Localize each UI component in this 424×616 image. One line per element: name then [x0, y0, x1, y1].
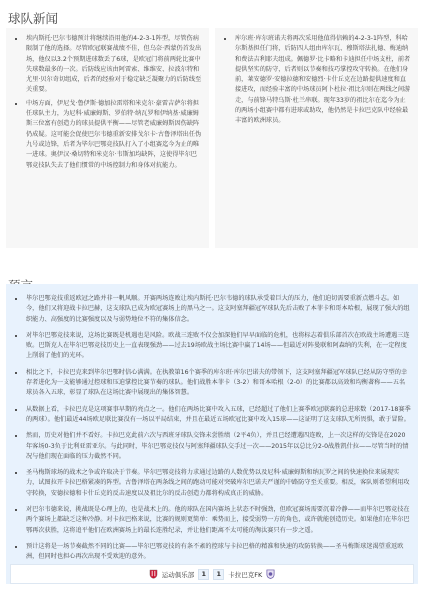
list-item: 预计这将是一场节奏截然不同的比赛——毕尔巴鄂竞技的有条不紊的控球与卡拉巴格的精准…	[12, 542, 411, 563]
home-crest-icon	[149, 569, 158, 579]
away-crest-icon	[266, 569, 275, 579]
list-item: 从数据上看，卡拉巴克是这项赛事早期的亮点之一。他们在两场比赛中攻入五球，已经超过…	[12, 405, 411, 426]
away-team-news: 库尔班·库尔班诺夫将再次采用他值得信赖的4-2-3-1阵型，科哈尔斯基担任门将，…	[215, 28, 418, 248]
team-news-grid: 埃内斯托·巴尔韦德预计将继续沿用他的4-2-3-1阵型，尽管伤病限制了他的选择。…	[0, 28, 424, 248]
home-team-news: 埃内斯托·巴尔韦德预计将继续沿用他的4-2-3-1阵型，尽管伤病限制了他的选择。…	[6, 28, 209, 248]
home-score: 1	[198, 569, 209, 580]
list-item: 圣马梅斯球场的战术之争或许取决于节奏。毕尔巴鄂竞技将力求通过边路的人数优势以及尼…	[12, 468, 411, 499]
away-team-name: 卡拉巴克FK	[228, 570, 262, 579]
prediction-title: 预言	[0, 248, 424, 284]
list-item: 毕尔巴鄂竞技重返欧冠之路并非一帆风顺。开赛两场连败让埃内斯托·巴尔韦德的球队承受…	[12, 294, 411, 325]
away-score: 1	[213, 569, 224, 580]
prediction-section: 预言 毕尔巴鄂竞技重返欧冠之路并非一帆风顺。开赛两场连败让埃内斯托·巴尔韦德的球…	[0, 248, 424, 584]
list-item: 然而，历史对他们并不看好。卡拉巴克此前六次与西班牙球队交锋未尝胜绩（2平4负），…	[12, 431, 411, 462]
list-item: 相比之下，卡拉巴克来到毕尔巴鄂时信心满满。在执教第16个赛季的库尔班·库尔巴诺夫…	[12, 368, 411, 399]
list-item: 对毕尔巴鄂竞技来说，这场比赛既是机遇也是风险。欧战三连败不仅会加深他们早早面临的…	[12, 331, 411, 362]
list-item: 中场方面，伊尼戈·鲁伊斯·德加拉雷塔和米克尔·豪雷吉萨尔将担任球队主力，为尼科·…	[12, 99, 202, 171]
home-team-name: 运动俱乐部	[162, 570, 195, 579]
prediction-box: 毕尔巴鄂竞技重返欧冠之路并非一帆风顺。开赛两场连败让埃内斯托·巴尔韦德的球队承受…	[6, 284, 418, 584]
team-news-title: 球队新闻	[0, 0, 424, 28]
list-item: 库尔班·库尔班诺夫将再次采用他值得信赖的4-2-3-1阵型，科哈尔斯基担任门将，…	[221, 34, 411, 127]
team-news-section: 球队新闻 埃内斯托·巴尔韦德预计将继续沿用他的4-2-3-1阵型，尽管伤病限制了…	[0, 0, 424, 248]
scoreboard[interactable]: 运动俱乐部 1 1 卡拉巴克FK	[10, 564, 414, 584]
list-item: 对巴尔韦德来说，挑战既是心理上的，也是战术上的。他的球队在国内赛场上状态不时强劲…	[12, 505, 411, 536]
list-item: 埃内斯托·巴尔韦德预计将继续沿用他的4-2-3-1阵型，尽管伤病限制了他的选择。…	[12, 34, 202, 96]
